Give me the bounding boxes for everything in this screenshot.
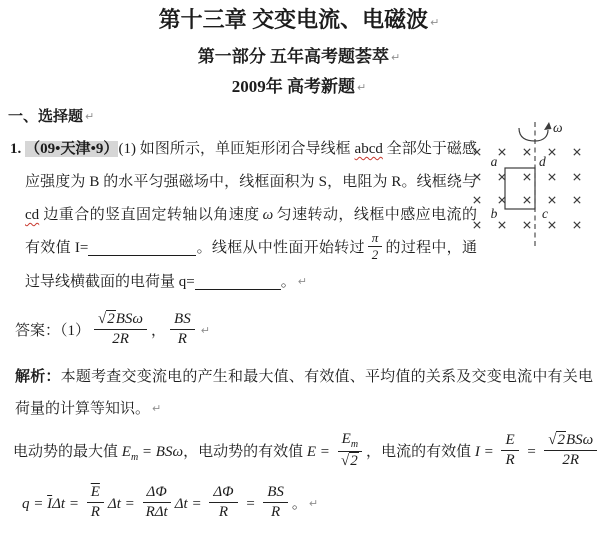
- answer-fraction-1-denominator: 2R: [94, 330, 147, 348]
- fraction-E-denominator: R: [501, 451, 518, 469]
- E-base: E: [342, 431, 351, 447]
- answer-label: 答案：: [15, 323, 60, 339]
- equals-sign: =: [121, 496, 139, 512]
- radical-sign: √: [341, 453, 349, 469]
- answer-fraction-2-denominator: R: [170, 330, 195, 348]
- radicand: 2: [349, 452, 359, 469]
- paragraph-mark-icon: ↵: [357, 81, 366, 94]
- paragraph-mark-icon: ↵: [201, 324, 210, 337]
- fraction-Em-denominator: √2: [338, 452, 362, 470]
- delta-t-3: Δt: [175, 496, 188, 512]
- f1-comma-1: ，: [183, 444, 198, 460]
- equals-sign: =: [523, 444, 541, 460]
- pi-denominator: 2: [368, 247, 383, 262]
- analysis-text: 本题考查交变流电的产生和最大值、有效值、平均值的关系及交变电流中有关电荷量的计算…: [15, 369, 593, 417]
- fraction-Em-over-sqrt2: Em√2: [338, 431, 362, 471]
- fraction-dPhi-over-RdT: ΔΦRΔt: [143, 484, 171, 522]
- f2-end-punctuation: 。: [292, 496, 307, 512]
- fraction-dPhi-over-R: ΔΦR: [209, 484, 237, 522]
- figure-label-a: a: [491, 154, 498, 169]
- chapter-heading-text: 第十三章 交变电流、电磁波: [159, 7, 429, 32]
- document-page: 第十三章 交变电流、电磁波↵ 第一部分 五年高考题荟萃↵ 2009年 高考新题↵…: [0, 0, 598, 539]
- fraction-Ebar-over-R: ER: [87, 484, 104, 522]
- fraction-E-over-R: ER: [501, 432, 518, 470]
- answer-fraction-1: √2BSω2R: [94, 311, 147, 349]
- part-heading-text: 第一部分 五年高考题荟萃: [198, 47, 389, 66]
- fraction-dPhi-RdT-denominator: RΔt: [143, 503, 171, 521]
- fraction-BS-numerator: BS: [263, 484, 288, 503]
- question-paragraph: 1. （09•天津•9）(1) 如图所示，单匝矩形闭合导线框 abcd 全部处于…: [10, 133, 477, 299]
- coil-in-field-figure: ω a d b c: [458, 116, 598, 258]
- chapter-heading: 第十三章 交变电流、电磁波↵: [0, 4, 598, 39]
- question-text-1: 如图所示，单匝矩形闭合导线框: [140, 141, 355, 157]
- answer-comma: ，: [151, 323, 166, 339]
- spellchecked-word-abcd: abcd: [355, 141, 383, 157]
- figure-label-c: c: [542, 206, 548, 221]
- blank-line-current: [88, 251, 196, 256]
- equals-sign: =: [188, 496, 206, 512]
- f1-text-1: 电动势的最大值: [13, 444, 122, 460]
- rotation-arrow-head-icon: [544, 122, 552, 130]
- numerator-tail: BSω: [566, 432, 593, 448]
- delta-t-2: Δt: [108, 496, 121, 512]
- pi-over-2-fraction: π2: [368, 231, 383, 261]
- answer-fraction-2: BSR: [170, 311, 195, 349]
- figure-omega-label: ω: [553, 120, 563, 135]
- fraction-BS-over-R: BSR: [263, 484, 288, 522]
- analysis-paragraph: 解析：本题考查交变流电的产生和最大值、有效值、平均值的关系及交变电流中有关电荷量…: [15, 361, 593, 425]
- delta-t-1: Δt: [52, 496, 65, 512]
- question-text-5: 。线框从中性面开始转过: [196, 240, 364, 256]
- answer-part-label: （1）: [60, 323, 90, 339]
- rotation-arrow-arc: [519, 128, 548, 141]
- paragraph-mark-icon: ↵: [430, 16, 439, 29]
- f1-comma-2: ，: [366, 444, 381, 460]
- paragraph-mark-icon: ↵: [85, 110, 94, 123]
- fraction-BS-denominator: R: [263, 503, 288, 521]
- spellchecked-word-cd: cd: [25, 207, 39, 223]
- blank-line-charge: [195, 285, 281, 290]
- answer-fraction-1-numerator: √2BSω: [94, 311, 147, 330]
- question-source-tag: （09•天津•9）: [25, 141, 118, 157]
- radicand: 2: [106, 310, 116, 327]
- E-base: E: [122, 444, 131, 460]
- omega-symbol: ω: [263, 207, 274, 223]
- fraction-sqrt2BSw-over-2R: √2BSω2R: [544, 432, 597, 470]
- part-heading: 第一部分 五年高考题荟萃↵: [0, 43, 598, 72]
- year-heading-text: 2009年 高考新题: [232, 77, 355, 96]
- year-heading: 2009年 高考新题↵: [0, 74, 598, 101]
- emf-rms-symbol: E =: [307, 444, 334, 460]
- fraction-Em-numerator: Em: [338, 431, 362, 453]
- fraction-Ebar-denominator: R: [87, 503, 104, 521]
- figure-label-b: b: [491, 206, 498, 221]
- formula-line-1: 电动势的最大值 Em = BSω，电动势的有效值 E = Em√2，电流的有效值…: [13, 428, 598, 482]
- question-part-label: (1): [118, 141, 139, 157]
- answer-fraction-2-numerator: BS: [170, 311, 195, 330]
- paragraph-mark-icon: ↵: [152, 402, 161, 415]
- emf-max-equation: = BSω: [138, 444, 183, 460]
- equals-sign: =: [65, 496, 83, 512]
- fraction-dPhi-denominator: R: [209, 503, 237, 521]
- paragraph-mark-icon: ↵: [309, 497, 318, 510]
- fraction-Ebar-numerator: E: [87, 484, 104, 503]
- fraction-sqrt2BSw-denominator: 2R: [544, 451, 597, 469]
- fraction-E-numerator: E: [501, 432, 518, 451]
- current-rms-symbol: I =: [475, 444, 498, 460]
- numerator-tail: BSω: [116, 311, 143, 327]
- paragraph-mark-icon: ↵: [391, 51, 400, 64]
- fraction-dPhi-numerator: ΔΦ: [209, 484, 237, 503]
- question-text-3: 边重合的竖直固定转轴以角速度: [39, 207, 259, 223]
- figure-label-d: d: [539, 154, 546, 169]
- f1-text-2: 电动势的有效值: [198, 444, 307, 460]
- answer-line: 答案：（1）√2BSω2R，BSR↵: [15, 308, 210, 354]
- fraction-dPhi-RdT-numerator: ΔΦ: [143, 484, 171, 503]
- charge-symbol: q =: [22, 496, 47, 512]
- analysis-label: 解析：: [15, 369, 61, 385]
- fraction-sqrt2BSw-numerator: √2BSω: [544, 432, 597, 451]
- E-subscript: m: [351, 439, 358, 450]
- section-heading: 一、选择题↵: [8, 106, 94, 128]
- formula-line-2: q = IΔt = ERΔt = ΔΦRΔtΔt = ΔΦR = BSR。↵: [22, 478, 318, 530]
- f1-text-3: 电流的有效值: [381, 444, 475, 460]
- question-text-7: 。: [281, 274, 296, 290]
- radicand: 2: [556, 431, 566, 448]
- paragraph-mark-icon: ↵: [298, 275, 307, 288]
- equals-sign: =: [242, 496, 260, 512]
- question-number: 1.: [10, 141, 25, 157]
- emf-max-symbol: Em = BSω: [122, 444, 183, 460]
- section-heading-text: 一、选择题: [8, 109, 83, 125]
- pi-numerator: π: [368, 231, 383, 247]
